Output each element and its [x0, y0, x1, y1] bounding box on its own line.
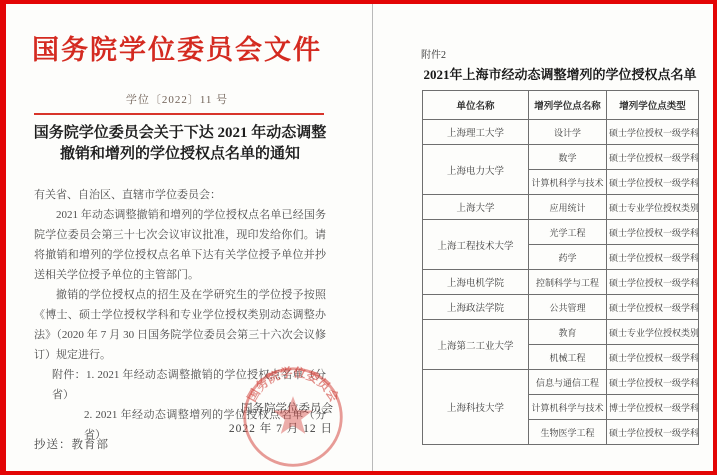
- unit-name-cell: 上海第二工业大学: [423, 320, 529, 370]
- unit-name-cell: 上海科技大学: [423, 370, 529, 445]
- page-divider: [372, 4, 373, 471]
- point-name-cell: 应用统计: [529, 195, 607, 220]
- point-name-cell: 机械工程: [529, 345, 607, 370]
- degree-table: 单位名称 增列学位点名称 增列学位点类型 上海理工大学设计学硕士学位授权一级学科…: [422, 90, 699, 445]
- point-name-cell: 控制科学与工程: [529, 270, 607, 295]
- point-name-cell: 设计学: [529, 120, 607, 145]
- header-point-name: 增列学位点名称: [529, 91, 607, 120]
- point-type-cell: 硕士学位授权一级学科: [607, 370, 699, 395]
- point-type-cell: 硕士学位授权一级学科: [607, 420, 699, 445]
- body-paragraph-2: 撤销的学位授权点的招生及在学研究生的学位授予按照《博士、硕士学位授权学科和专业学…: [34, 285, 326, 365]
- salutation: 有关省、自治区、直辖市学位委员会：: [34, 185, 326, 205]
- degree-table-body: 上海理工大学设计学硕士学位授权一级学科上海电力大学数学硕士学位授权一级学科计算机…: [423, 120, 699, 445]
- point-type-cell: 硕士学位授权一级学科: [607, 145, 699, 170]
- unit-name-cell: 上海理工大学: [423, 120, 529, 145]
- point-name-cell: 信息与通信工程: [529, 370, 607, 395]
- point-name-cell: 计算机科学与技术: [529, 170, 607, 195]
- point-type-cell: 硕士学位授权一级学科: [607, 120, 699, 145]
- point-type-cell: 硕士学位授权一级学科: [607, 245, 699, 270]
- cc-line: 抄送：教育部: [34, 436, 109, 452]
- unit-name-cell: 上海电力大学: [423, 145, 529, 195]
- seal-star-icon: [273, 396, 313, 434]
- point-type-cell: 硕士学位授权一级学科: [607, 295, 699, 320]
- table-row: 上海政法学院公共管理硕士学位授权一级学科: [423, 295, 699, 320]
- point-name-cell: 光学工程: [529, 220, 607, 245]
- table-row: 上海第二工业大学教育硕士专业学位授权类别: [423, 320, 699, 345]
- point-type-cell: 硕士学位授权一级学科: [607, 170, 699, 195]
- point-name-cell: 教育: [529, 320, 607, 345]
- point-name-cell: 药学: [529, 245, 607, 270]
- header-unit-name: 单位名称: [423, 91, 529, 120]
- notice-title-line1: 国务院学位委员会关于下达 2021 年动态调整: [24, 123, 336, 144]
- point-type-cell: 硕士专业学位授权类别: [607, 195, 699, 220]
- document-banner-title: 国务院学位委员会文件: [12, 28, 342, 67]
- unit-name-cell: 上海政法学院: [423, 295, 529, 320]
- table-title: 2021年上海市经动态调整增列的学位授权点名单: [386, 64, 717, 83]
- body-paragraph-1: 2021 年动态调整撤销和增列的学位授权点名单已经国务院学位委员会第三十七次会议…: [34, 205, 326, 285]
- degree-table-container: 单位名称 增列学位点名称 增列学位点类型 上海理工大学设计学硕士学位授权一级学科…: [422, 90, 699, 445]
- notice-title-line2: 撤销和增列的学位授权点名单的通知: [24, 144, 336, 165]
- point-name-cell: 计算机科学与技术: [529, 395, 607, 420]
- official-seal: 国务院学位委员会: [237, 364, 349, 470]
- table-row: 上海工程技术大学光学工程硕士学位授权一级学科: [423, 220, 699, 245]
- table-row: 上海大学应用统计硕士专业学位授权类别: [423, 195, 699, 220]
- notice-title: 国务院学位委员会关于下达 2021 年动态调整 撤销和增列的学位授权点名单的通知: [24, 123, 336, 165]
- header-point-type: 增列学位点类型: [607, 91, 699, 120]
- red-divider-rule: [34, 113, 324, 115]
- unit-name-cell: 上海工程技术大学: [423, 220, 529, 270]
- table-row: 上海科技大学信息与通信工程硕士学位授权一级学科: [423, 370, 699, 395]
- point-type-cell: 硕士学位授权一级学科: [607, 345, 699, 370]
- point-type-cell: 硕士学位授权一级学科: [607, 270, 699, 295]
- point-name-cell: 公共管理: [529, 295, 607, 320]
- unit-name-cell: 上海电机学院: [423, 270, 529, 295]
- point-type-cell: 硕士学位授权一级学科: [607, 220, 699, 245]
- table-row: 上海电机学院控制科学与工程硕士学位授权一级学科: [423, 270, 699, 295]
- point-type-cell: 博士学位授权一级学科: [607, 395, 699, 420]
- point-type-cell: 硕士专业学位授权类别: [607, 320, 699, 345]
- table-row: 上海电力大学数学硕士学位授权一级学科: [423, 145, 699, 170]
- unit-name-cell: 上海大学: [423, 195, 529, 220]
- table-header-row: 单位名称 增列学位点名称 增列学位点类型: [423, 91, 699, 120]
- attachment-tag: 附件2: [421, 46, 446, 61]
- point-name-cell: 生物医学工程: [529, 420, 607, 445]
- point-name-cell: 数学: [529, 145, 607, 170]
- table-row: 上海理工大学设计学硕士学位授权一级学科: [423, 120, 699, 145]
- document-number: 学位〔2022〕11 号: [12, 91, 342, 107]
- scanned-document: 国务院学位委员会文件 学位〔2022〕11 号 国务院学位委员会关于下达 202…: [0, 0, 717, 475]
